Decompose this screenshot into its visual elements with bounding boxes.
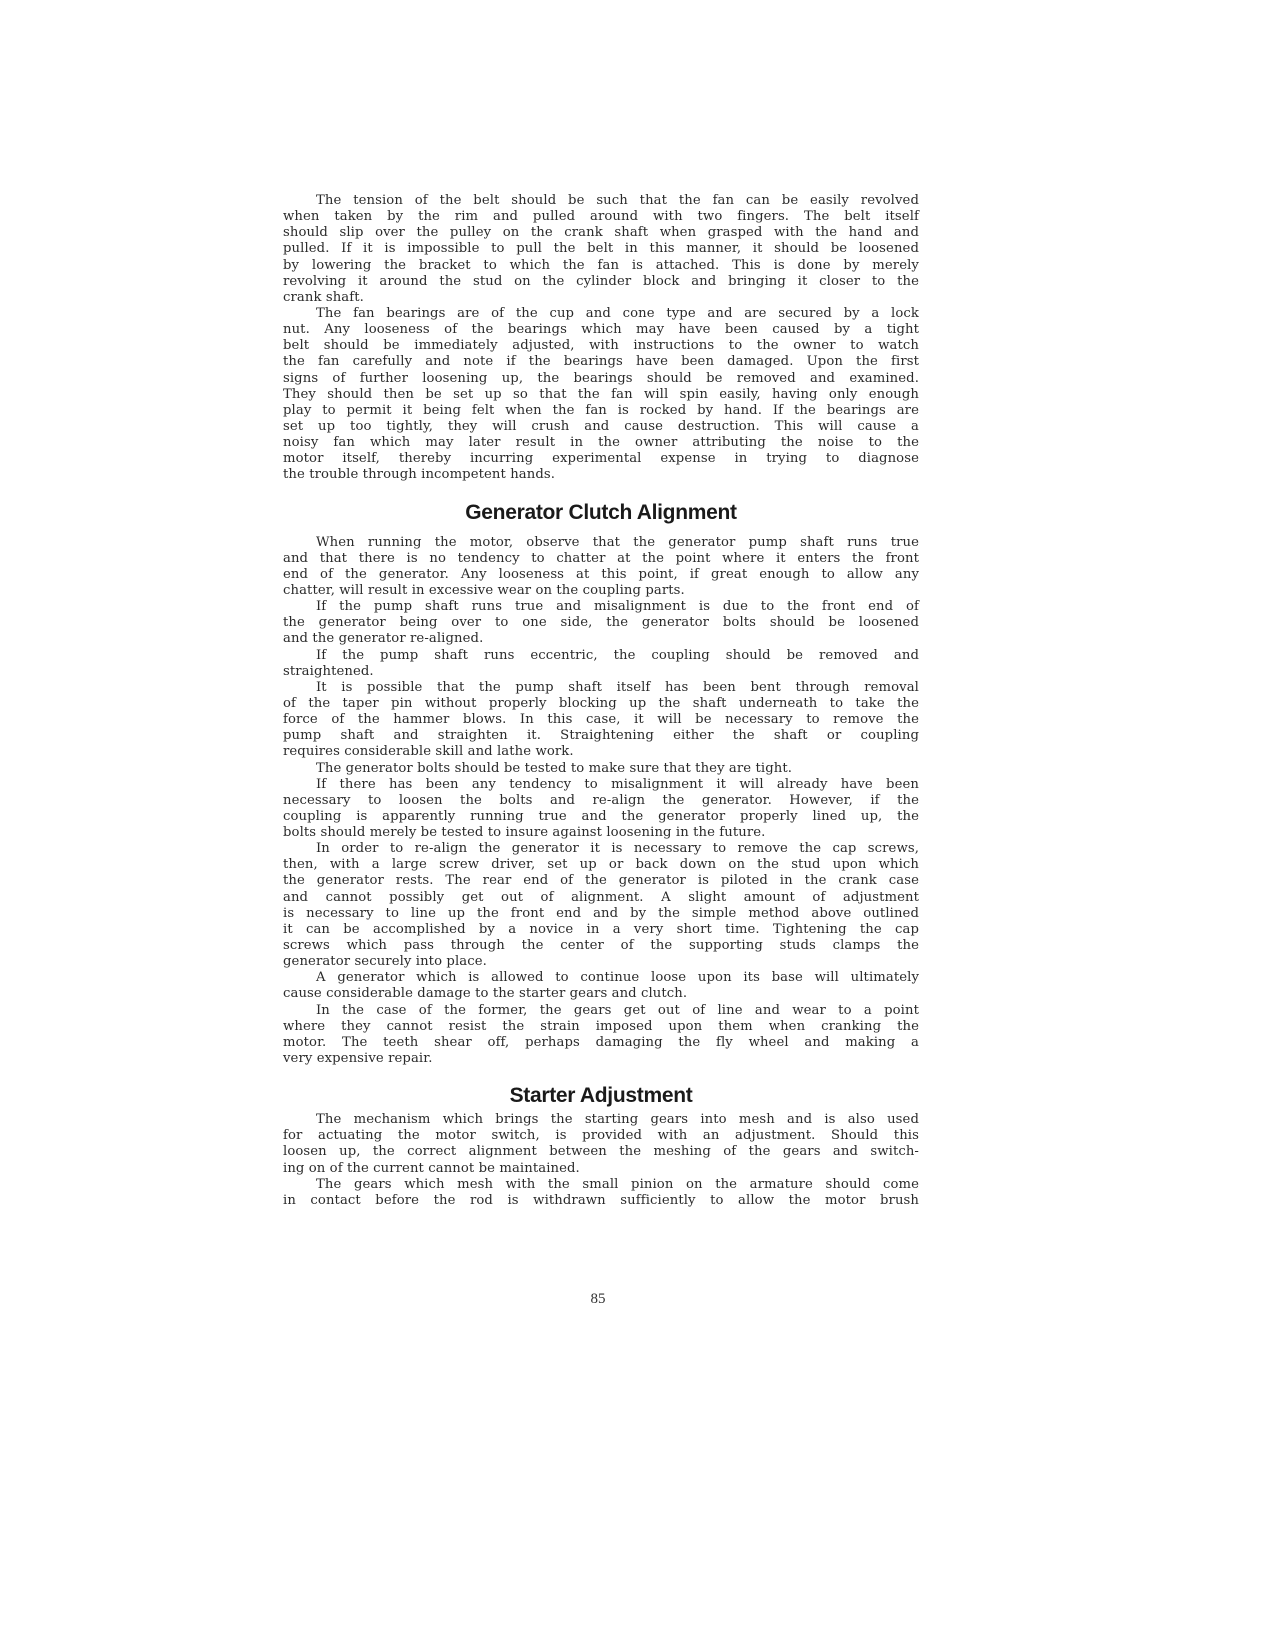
text-line: The generator bolts should be tested to …	[283, 761, 919, 777]
text-line: generator securely into place.	[283, 954, 919, 970]
paragraph: If the pump shaft runs eccentric, the co…	[283, 648, 919, 680]
text-line: motor itself, thereby incurring experime…	[283, 451, 919, 467]
text-line: revolving it around the stud on the cyli…	[283, 274, 919, 290]
text-line: by lowering the bracket to which the fan…	[283, 258, 919, 274]
text-line: If there has been any tendency to misali…	[283, 777, 919, 793]
text-line: it can be accomplished by a novice in a …	[283, 922, 919, 938]
paragraph: A generator which is allowed to continue…	[283, 970, 919, 1002]
paragraph: In order to re-align the generator it is…	[283, 841, 919, 970]
text-line: the generator rests. The rear end of the…	[283, 873, 919, 889]
text-line: and cannot possibly get out of alignment…	[283, 890, 919, 906]
text-line: The gears which mesh with the small pini…	[283, 1177, 919, 1193]
text-line: They should then be set up so that the f…	[283, 387, 919, 403]
paragraph: The generator bolts should be tested to …	[283, 761, 919, 777]
text-line: If the pump shaft runs true and misalign…	[283, 599, 919, 615]
text-line: the generator being over to one side, th…	[283, 615, 919, 631]
text-line: noisy fan which may later result in the …	[283, 435, 919, 451]
text-line: coupling is apparently running true and …	[283, 809, 919, 825]
text-line: signs of further loosening up, the beari…	[283, 371, 919, 387]
section-heading-generator-clutch-alignment: Generator Clutch Alignment	[283, 500, 919, 526]
paragraph: The tension of the belt should be such t…	[283, 193, 919, 306]
text-line: ing on of the current cannot be maintain…	[283, 1161, 919, 1177]
paragraph: If the pump shaft runs true and misalign…	[283, 599, 919, 647]
text-line: of the taper pin without properly blocki…	[283, 696, 919, 712]
paragraph: The mechanism which brings the starting …	[283, 1112, 919, 1177]
text-line: then, with a large screw driver, set up …	[283, 857, 919, 873]
text-line: If the pump shaft runs eccentric, the co…	[283, 648, 919, 664]
text-line: In the case of the former, the gears get…	[283, 1003, 919, 1019]
text-line: force of the hammer blows. In this case,…	[283, 712, 919, 728]
paragraph: In the case of the former, the gears get…	[283, 1003, 919, 1068]
text-line: It is possible that the pump shaft itsel…	[283, 680, 919, 696]
text-line: is necessary to line up the front end an…	[283, 906, 919, 922]
text-line: belt should be immediately adjusted, wit…	[283, 338, 919, 354]
paragraph: The fan bearings are of the cup and cone…	[283, 306, 919, 484]
text-line: the fan carefully and note if the bearin…	[283, 354, 919, 370]
text-line: The mechanism which brings the starting …	[283, 1112, 919, 1128]
section-starter-adjustment: The mechanism which brings the starting …	[283, 1112, 919, 1209]
text-line: the trouble through incompetent hands.	[283, 467, 919, 483]
text-line: set up too tightly, they will crush and …	[283, 419, 919, 435]
page-number: 85	[0, 1291, 1196, 1308]
text-line: The tension of the belt should be such t…	[283, 193, 919, 209]
text-line: bolts should merely be tested to insure …	[283, 825, 919, 841]
paragraph: When running the motor, observe that the…	[283, 535, 919, 600]
paragraph: If there has been any tendency to misali…	[283, 777, 919, 842]
text-line: play to permit it being felt when the fa…	[283, 403, 919, 419]
text-line: A generator which is allowed to continue…	[283, 970, 919, 986]
text-line: crank shaft.	[283, 290, 919, 306]
text-line: and the generator re-aligned.	[283, 631, 919, 647]
text-line: screws which pass through the center of …	[283, 938, 919, 954]
text-line: when taken by the rim and pulled around …	[283, 209, 919, 225]
text-line: The fan bearings are of the cup and cone…	[283, 306, 919, 322]
text-line: where they cannot resist the strain impo…	[283, 1019, 919, 1035]
text-line: straightened.	[283, 664, 919, 680]
text-line: When running the motor, observe that the…	[283, 535, 919, 551]
text-line: end of the generator. Any looseness at t…	[283, 567, 919, 583]
text-line: chatter, will result in excessive wear o…	[283, 583, 919, 599]
paragraph: The gears which mesh with the small pini…	[283, 1177, 919, 1209]
text-line: and that there is no tendency to chatter…	[283, 551, 919, 567]
section-heading-starter-adjustment: Starter Adjustment	[283, 1083, 919, 1109]
section-generator-clutch-alignment: When running the motor, observe that the…	[283, 535, 919, 1068]
text-line: very expensive repair.	[283, 1051, 919, 1067]
text-line: requires considerable skill and lathe wo…	[283, 744, 919, 760]
section-fan-belt: The tension of the belt should be such t…	[283, 193, 919, 484]
text-line: pump shaft and straighten it. Straighten…	[283, 728, 919, 744]
text-line: In order to re-align the generator it is…	[283, 841, 919, 857]
text-line: motor. The teeth shear off, perhaps dama…	[283, 1035, 919, 1051]
text-line: in contact before the rod is withdrawn s…	[283, 1193, 919, 1209]
text-line: necessary to loosen the bolts and re-ali…	[283, 793, 919, 809]
paragraph: It is possible that the pump shaft itsel…	[283, 680, 919, 761]
text-line: nut. Any looseness of the bearings which…	[283, 322, 919, 338]
text-line: cause considerable damage to the starter…	[283, 986, 919, 1002]
text-line: pulled. If it is impossible to pull the …	[283, 241, 919, 257]
text-line: for actuating the motor switch, is provi…	[283, 1128, 919, 1144]
text-line: loosen up, the correct alignment between…	[283, 1144, 919, 1160]
document-page: The tension of the belt should be such t…	[283, 193, 919, 1209]
text-line: should slip over the pulley on the crank…	[283, 225, 919, 241]
